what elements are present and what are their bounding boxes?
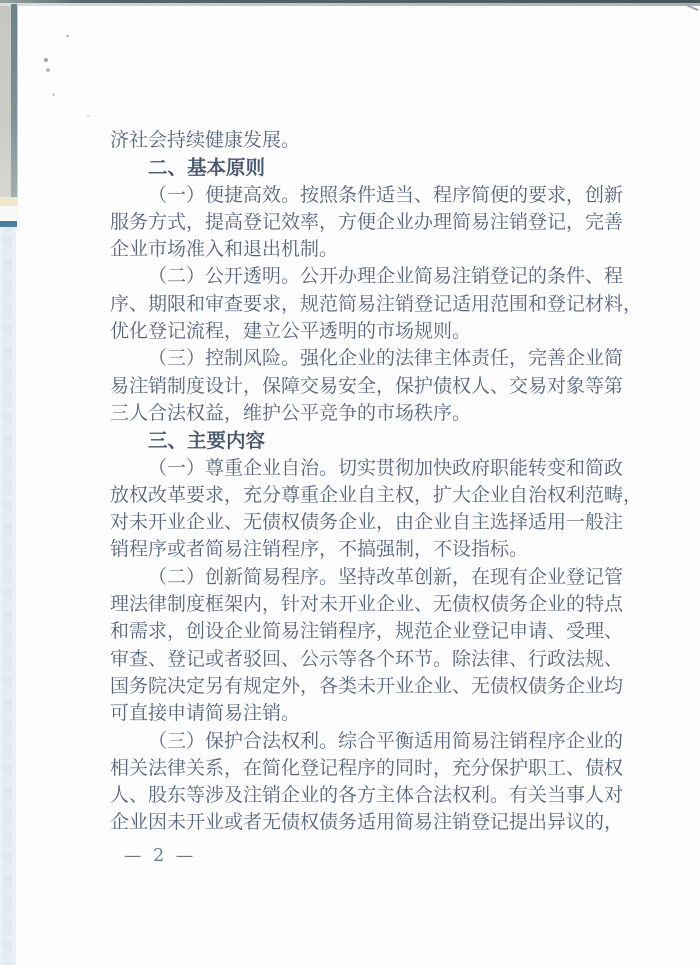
scanner-edge-top-highlight xyxy=(0,3,700,6)
body-line: 和需求，创设企业简易注销程序，规范企业登记申请、受理、 xyxy=(110,618,623,645)
section-heading: 三、主要内容 xyxy=(110,427,623,454)
scan-speck xyxy=(66,35,69,37)
paragraph-start: （一）尊重企业自治。切实贯彻加快政府职能转变和简政 xyxy=(110,455,623,482)
document-body: 济社会持续健康发展。 二、基本原则 （一）便捷高效。按照条件适当、程序简便的要求… xyxy=(110,127,623,837)
body-line: 审查、登记或者驳回、公示等各个环节。除法律、行政法规、 xyxy=(110,646,623,673)
section-heading: 二、基本原则 xyxy=(110,154,623,181)
paragraph-start: （一）便捷高效。按照条件适当、程序简便的要求，创新 xyxy=(110,182,623,209)
paragraph-start: （二）创新简易程序。坚持改革创新，在现有企业登记管 xyxy=(110,564,623,591)
body-line: 理法律制度框架内，针对未开业企业、无债权债务企业的特点 xyxy=(110,591,623,618)
body-line: 优化登记流程，建立公平透明的市场规则。 xyxy=(110,318,623,345)
body-line: 服务方式，提高登记效率，方便企业办理简易注销登记，完善 xyxy=(110,209,623,236)
body-line: 济社会持续健康发展。 xyxy=(110,127,623,154)
body-line: 人、股东等涉及注销企业的各方主体合法权利。有关当事人对 xyxy=(110,782,623,809)
scan-speck xyxy=(52,93,55,96)
scanner-edge-blue-streak xyxy=(3,227,12,965)
page-number: — 2 — xyxy=(124,843,196,869)
body-line: 易注销制度设计，保障交易安全，保护债权人、交易对象等第 xyxy=(110,373,623,400)
body-line: 序、期限和审查要求，规范简易注销登记适用范围和登记材料， xyxy=(110,291,623,318)
body-line: 国务院决定另有规定外，各类未开业企业、无债权债务企业均 xyxy=(110,673,623,700)
scan-speck xyxy=(46,68,50,72)
paragraph-start: （三）保护合法权利。综合平衡适用简易注销程序企业的 xyxy=(110,728,623,755)
body-line: 企业因未开业或者无债权债务适用简易注销登记提出异议的， xyxy=(110,809,623,836)
scan-speck xyxy=(44,58,48,62)
body-line: 放权改革要求，充分尊重企业自主权，扩大企业自治权利范畴， xyxy=(110,482,623,509)
scanner-edge-white-gap xyxy=(0,206,18,221)
body-line: 相关法律关系，在简化登记程序的同时，充分保护职工、债权 xyxy=(110,755,623,782)
body-line: 可直接申请简易注销。 xyxy=(110,700,623,727)
paragraph-start: （二）公开透明。公开办理企业简易注销登记的条件、程 xyxy=(110,263,623,290)
body-line: 三人合法权益，维护公平竞争的市场秩序。 xyxy=(110,400,623,427)
scanner-edge-left-dark-line xyxy=(11,4,17,197)
scan-speck xyxy=(87,115,90,117)
body-line: 企业市场准入和退出机制。 xyxy=(110,236,623,263)
paragraph-start: （三）控制风险。强化企业的法律主体责任，完善企业简 xyxy=(110,345,623,372)
body-line: 对未开业企业、无债权债务企业，由企业自主选择适用一般注 xyxy=(110,509,623,536)
scanner-edge-yellow-band xyxy=(0,197,18,206)
scanned-document-page: 济社会持续健康发展。 二、基本原则 （一）便捷高效。按照条件适当、程序简便的要求… xyxy=(0,0,700,965)
body-line: 销程序或者简易注销程序，不搞强制，不设指标。 xyxy=(110,536,623,563)
